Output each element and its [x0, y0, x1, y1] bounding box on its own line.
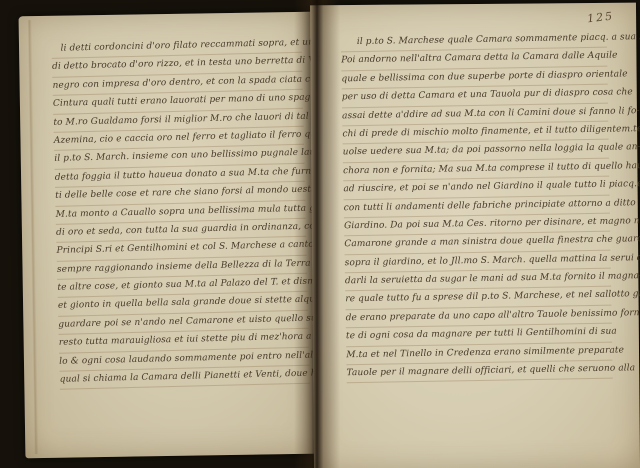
left-page-text: li detti cordoncini d'oro filato reccamm… [51, 35, 309, 390]
manuscript-text-line: Tauole per il magnare delli officiari, e… [346, 361, 612, 384]
right-page-text: il p.to S. Marchese quale Camara sommame… [341, 30, 613, 384]
right-page: il p.to S. Marchese quale Camara sommame… [310, 3, 640, 468]
left-page: li detti cordoncini d'oro filato reccamm… [19, 12, 318, 459]
folio-number: 125 [586, 9, 614, 25]
manuscript-scan: li detti cordoncini d'oro filato reccamm… [0, 0, 640, 468]
